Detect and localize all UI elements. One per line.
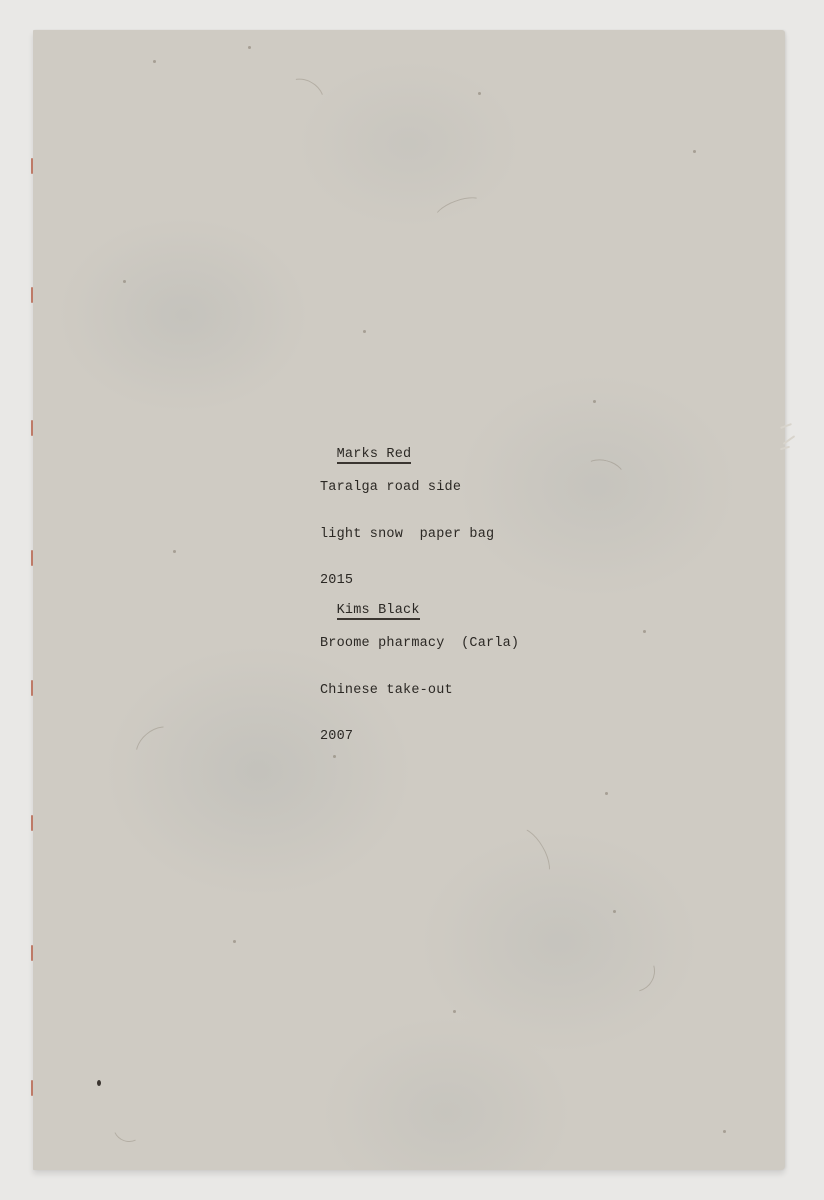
paper-speck [605, 792, 608, 795]
paper-speck [643, 630, 646, 633]
entry-year: 2007 [320, 729, 519, 745]
binding-thread [31, 550, 33, 566]
binding-thread [31, 287, 33, 303]
paper-speck [173, 550, 176, 553]
paper-fiber [128, 719, 185, 774]
entry-title: Marks Red [337, 448, 412, 464]
typed-entry-marks-red: Marks Red Taralga road side light snow p… [320, 431, 494, 604]
paper-speck [693, 150, 696, 153]
entry-description: light snow paper bag [320, 527, 494, 543]
paper-speck [233, 940, 236, 943]
binding-thread [31, 1080, 33, 1096]
paper-fiber [506, 822, 558, 885]
entry-description: Chinese take-out [320, 683, 519, 699]
paper-fiber [278, 72, 330, 121]
binding-thread [31, 815, 33, 831]
binding-thread [31, 680, 33, 696]
paper-fiber [431, 192, 487, 230]
paper-speck [478, 92, 481, 95]
paper-fiber [580, 455, 628, 492]
paper-speck [363, 330, 366, 333]
entry-title: Kims Black [337, 604, 420, 620]
paper-speck [723, 1130, 726, 1133]
paper-fiber [108, 1105, 149, 1146]
paper-speck [613, 910, 616, 913]
paper-speck [97, 1080, 101, 1086]
paper-speck [593, 400, 596, 403]
binding-thread [31, 158, 33, 174]
entry-location: Taralga road side [320, 480, 494, 496]
typed-entry-kims-black: Kims Black Broome pharmacy (Carla) Chine… [320, 587, 519, 760]
paper-fiber [605, 942, 662, 999]
frayed-edge [780, 415, 798, 455]
paper-speck [123, 280, 126, 283]
paper-speck [453, 1010, 456, 1013]
binding-thread [31, 945, 33, 961]
entry-location: Broome pharmacy (Carla) [320, 636, 519, 652]
paper-speck [248, 46, 251, 49]
paper-speck [153, 60, 156, 63]
binding-thread [31, 420, 33, 436]
